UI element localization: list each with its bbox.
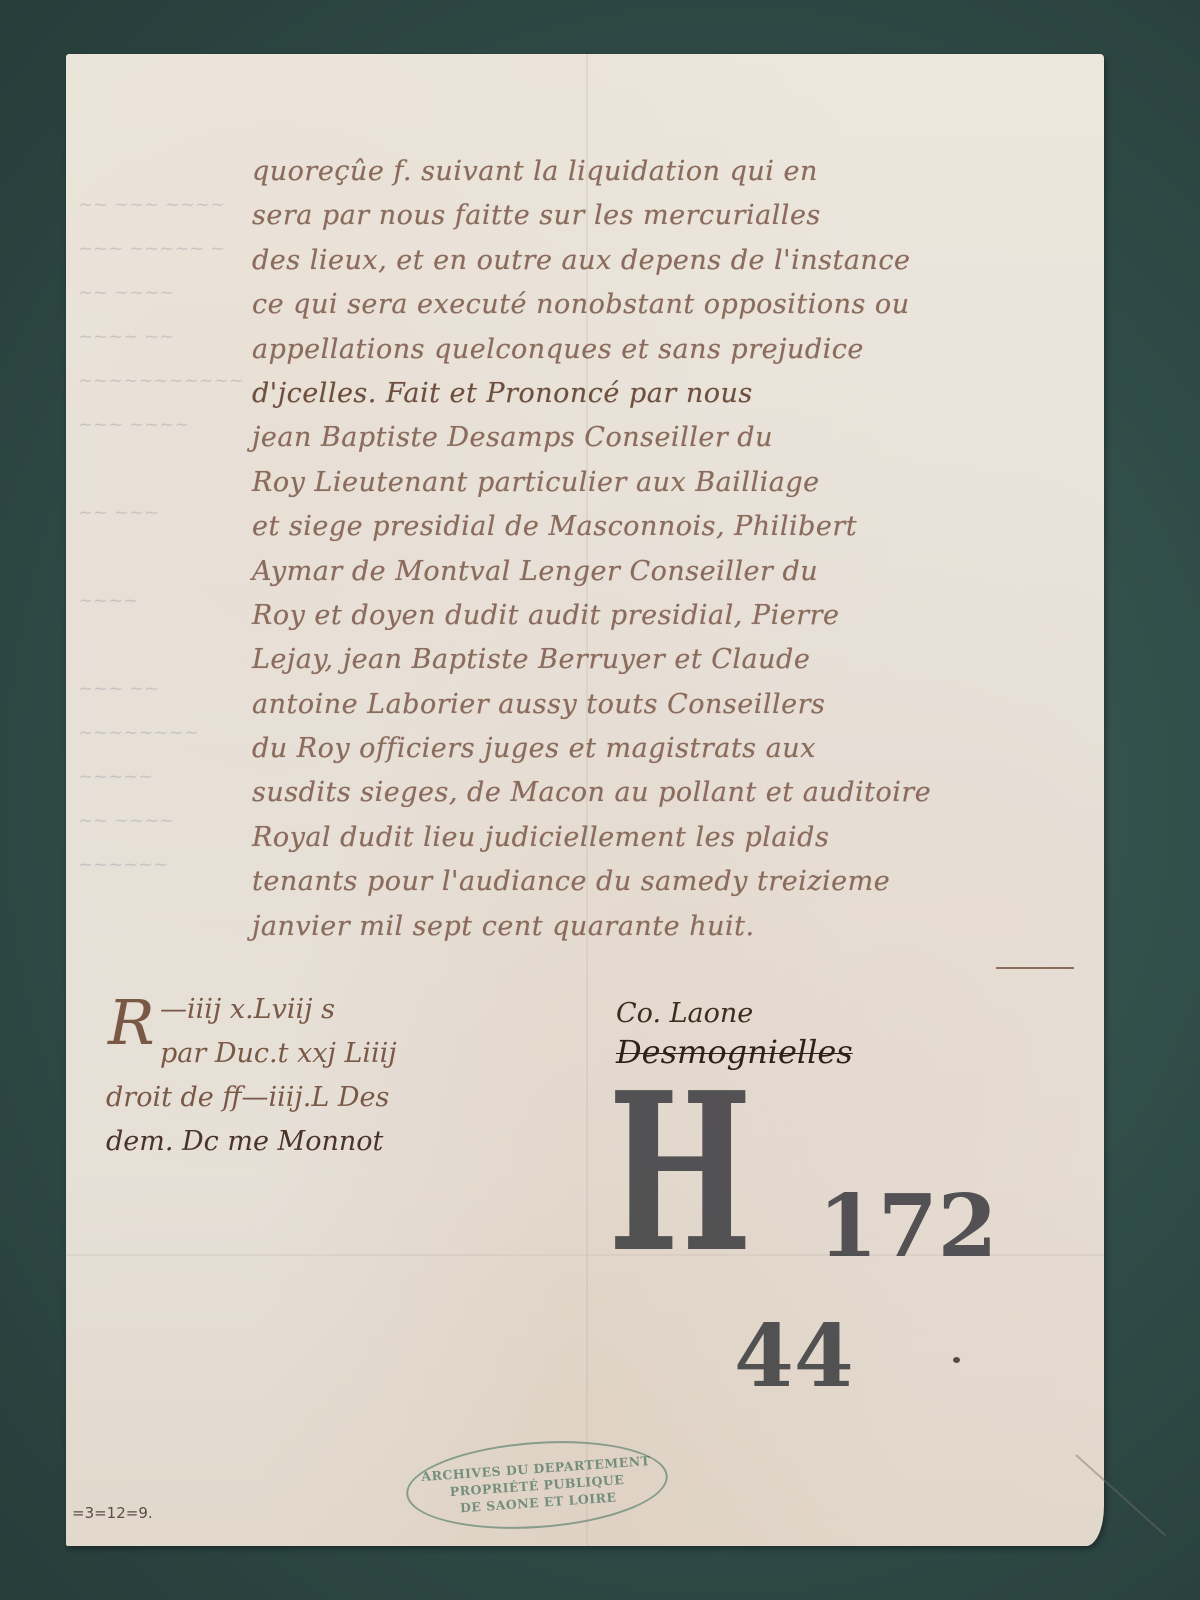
body-line: appellations quelconques et sans prejudi… <box>252 328 1092 372</box>
body-line: tenants pour l'audiance du samedy treizi… <box>252 860 1092 904</box>
ledger-line: —iiij x.Lviij s <box>106 994 526 1038</box>
ledger-line: par Duc.t xxj Liiij <box>106 1038 526 1082</box>
body-line: antoine Laborier aussy touts Conseillers <box>252 683 1092 727</box>
body-line: janvier mil sept cent quarante huit. <box>252 905 1092 949</box>
archive-series-stencil: H <box>608 1064 749 1282</box>
bleed-through-text: ~~ ~~~ ~~~~~~~ ~~~~~ ~~~ ~~~~~~~~ ~~ ~~~… <box>78 194 248 898</box>
ledger-line: droit de ff—iiij.L Des <box>106 1082 526 1126</box>
body-line: du Roy officiers juges et magistrats aux <box>252 727 1092 771</box>
body-line: jean Baptiste Desamps Conseiller du <box>252 416 1092 460</box>
ledger-line: dem. Dc me Monnot <box>106 1126 526 1170</box>
paper-tear <box>1075 1454 1166 1536</box>
manuscript-page: ~~ ~~~ ~~~~~~~ ~~~~~ ~~~ ~~~~~~~~ ~~ ~~~… <box>66 54 1104 1546</box>
body-line: des lieux, et en outre aux depens de l'i… <box>252 239 1092 283</box>
body-line: Roy et doyen dudit audit presidial, Pier… <box>252 594 1092 638</box>
archive-item-number: 44 <box>734 1314 854 1400</box>
body-line: Aymar de Montval Lenger Conseiller du <box>252 550 1092 594</box>
body-line: Roy Lieutenant particulier aux Bailliage <box>252 461 1092 505</box>
body-line: Lejay, jean Baptiste Berruyer et Claude <box>252 638 1092 682</box>
body-line: quoreçûe f. suivant la liquidation qui e… <box>252 150 1092 194</box>
fee-notes: R —iiij x.Lviij s par Duc.t xxj Liiij dr… <box>106 994 526 1170</box>
body-line: sera par nous faitte sur les mercurialle… <box>252 194 1092 238</box>
body-line: et siege presidial de Masconnois, Philib… <box>252 505 1092 549</box>
body-text: quoreçûe f. suivant la liquidation qui e… <box>252 150 1092 949</box>
body-line: Royal dudit lieu judiciellement les plai… <box>252 816 1092 860</box>
archive-box-number: 172 <box>818 1184 998 1270</box>
closing-flourish <box>996 967 1074 969</box>
body-line: d'jcelles. Fait et Prononcé par nous <box>252 372 1092 416</box>
paper-hole <box>953 1357 960 1363</box>
signature-line-1: Co. Laone <box>616 998 853 1029</box>
ledger-initial: R <box>108 986 155 1059</box>
archives-stamp: ARCHIVES DU DEPARTEMENT PROPRIÉTÉ PUBLIQ… <box>403 1433 670 1537</box>
catalog-reference: =3=12=9. <box>72 1504 153 1522</box>
body-line: ce qui sera executé nonobstant oppositio… <box>252 283 1092 327</box>
body-line: susdits sieges, de Macon au pollant et a… <box>252 771 1092 815</box>
